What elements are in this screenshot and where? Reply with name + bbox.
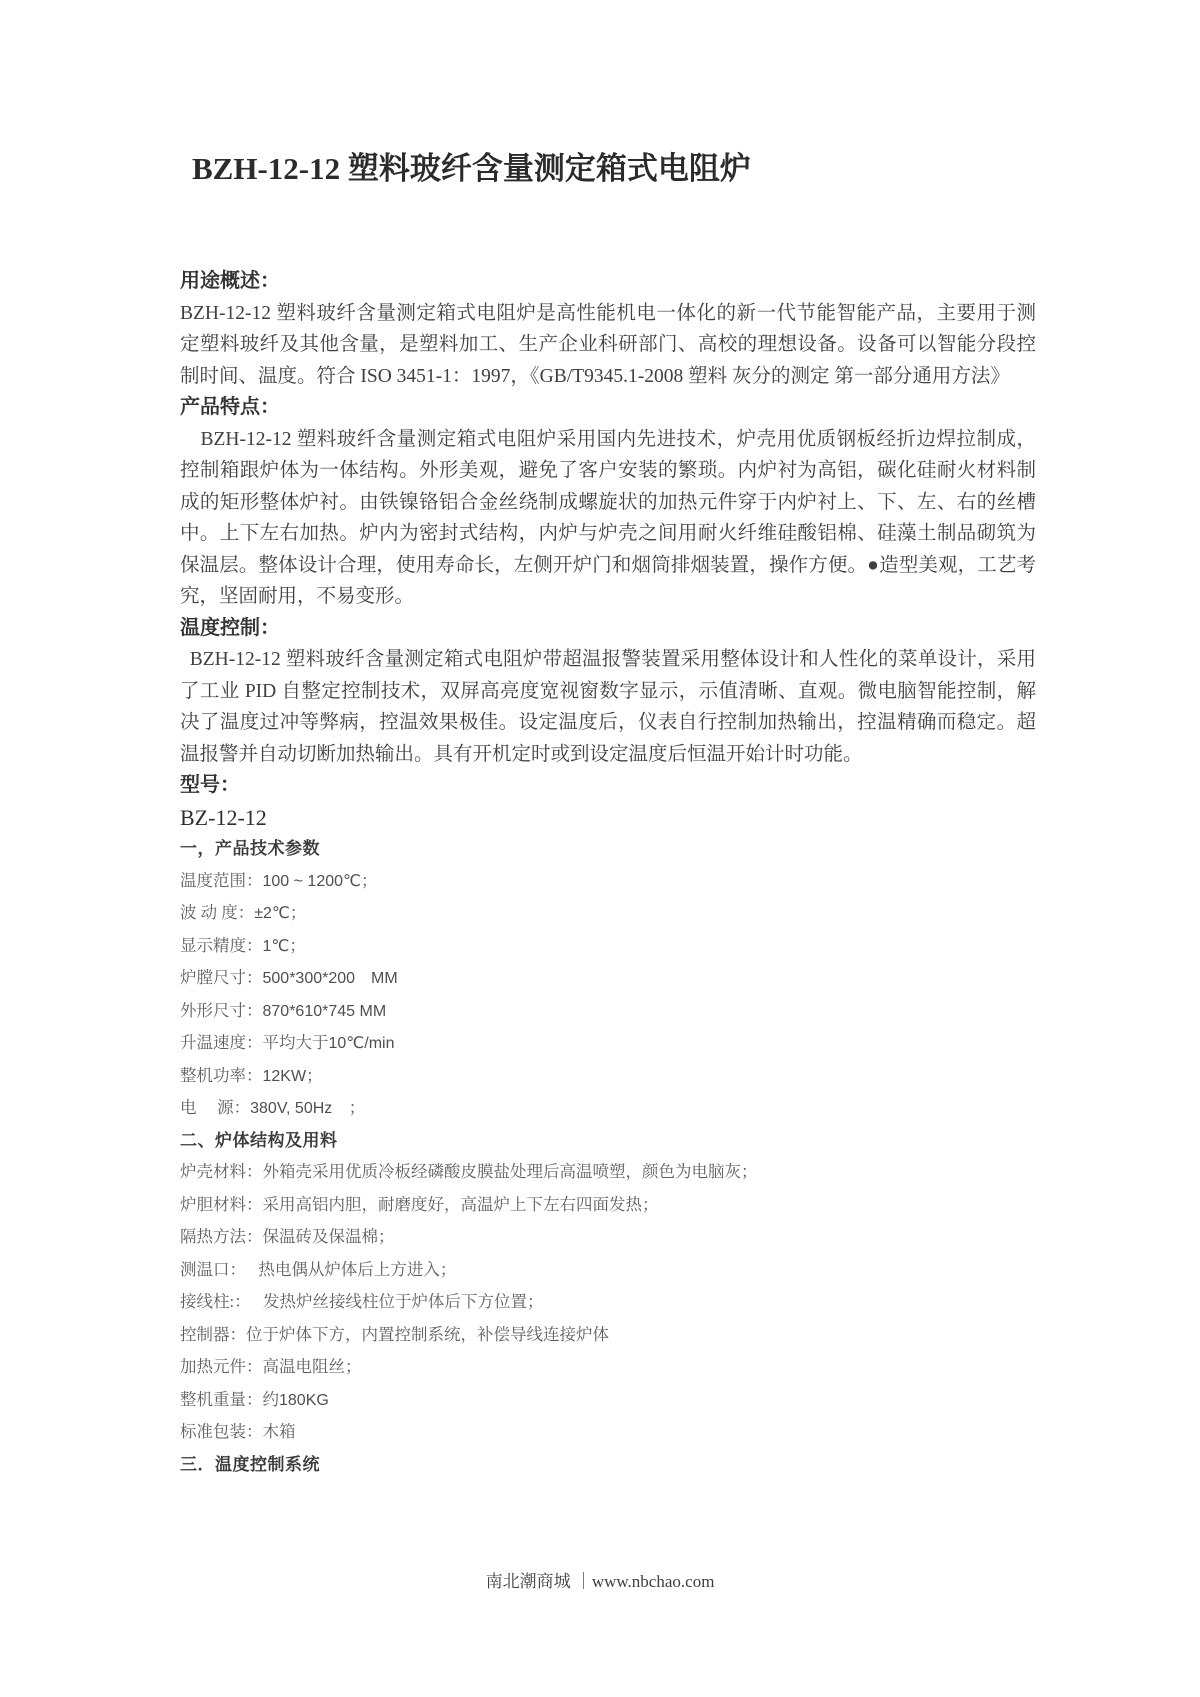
spec-row-power-supply: 电 源：380V, 50Hz ； [180,1092,1036,1125]
spec-row-terminal: 接线柱:： 发热炉丝接线柱位于炉体后下方位置； [180,1286,1036,1319]
subsection-heading-structure: 二、炉体结构及用料 [180,1125,1036,1157]
spec-label: 温度范围： [180,871,263,890]
document-page: BZH-12-12 塑料玻纤含量测定箱式电阻炉 用途概述： BZH-12-12 … [0,0,1200,1697]
spec-text: 高温电阻丝； [263,1357,362,1376]
spec-text: 约 [263,1390,280,1409]
spec-value: 870*610*745 MM [263,1003,387,1020]
subsection-heading-temp-system: 三．温度控制系统 [180,1449,1036,1481]
spec-text: 热电偶从炉体后上方进入； [238,1260,457,1279]
spec-label: 整机重量： [180,1390,263,1409]
spec-label: 炉胆材料： [180,1195,263,1214]
temp-control-paragraph: BZH-12-12 塑料玻纤含量测定箱式电阻炉带超温报警装置采用整体设计和人性化… [180,644,1036,770]
spec-row-temp-port: 测温口： 热电偶从炉体后上方进入； [180,1254,1036,1287]
spec-label: 电 源： [180,1098,250,1117]
spec-value: 100 ~ 1200℃ [263,873,362,890]
spec-row-heating-rate: 升温速度：平均大于10℃/min [180,1027,1036,1060]
spec-row-heating-element: 加热元件：高温电阻丝； [180,1351,1036,1384]
spec-value: 12KW [263,1068,307,1085]
spec-label: 加热元件： [180,1357,263,1376]
spec-label: 整机功率： [180,1066,263,1085]
spec-text: 发热炉丝接线柱位于炉体后下方位置； [242,1292,543,1311]
spec-label: 标准包装： [180,1422,263,1441]
footer-text: 南北潮商城 ｜www.nbchao.com [0,1566,1200,1598]
spec-text: 木箱 [263,1422,296,1441]
document-content: BZH-12-12 塑料玻纤含量测定箱式电阻炉 用途概述： BZH-12-12 … [180,0,1036,1480]
spec-row-display-precision: 显示精度：1℃； [180,930,1036,963]
spec-text: ； [289,936,306,955]
spec-text: 采用高铝内胆，耐磨度好，高温炉上下左右四面发热； [263,1195,659,1214]
spec-text: ； [306,1066,323,1085]
spec-label: 外形尺寸： [180,1001,263,1020]
spec-value: 180KG [279,1392,329,1409]
section-heading-usage: 用途概述： [180,266,1036,298]
features-paragraph: BZH-12-12 塑料玻纤含量测定箱式电阻炉采用国内先进技术，炉壳用优质钢板经… [180,424,1036,613]
spec-label: 升温速度： [180,1033,263,1052]
spec-row-controller: 控制器：位于炉体下方，内置控制系统，补偿导线连接炉体 [180,1319,1036,1352]
section-heading-features: 产品特点： [180,392,1036,424]
spec-text: ； [290,903,307,922]
spec-text: 保温砖及保温棉； [263,1227,395,1246]
section-heading-temp-control: 温度控制： [180,613,1036,645]
spec-text: 外箱壳采用优质冷板经磷酸皮膜盐处理后高温喷塑，颜色为电脑灰； [263,1162,758,1181]
section-heading-model: 型号： [180,770,1036,802]
spec-value: 10℃/min [329,1035,395,1052]
spec-label: 炉膛尺寸： [180,968,263,987]
spec-label: 隔热方法： [180,1227,263,1246]
spec-label: 控制器： [180,1325,246,1344]
usage-paragraph: BZH-12-12 塑料玻纤含量测定箱式电阻炉是高性能机电一体化的新一代节能智能… [180,298,1036,393]
spec-value: 500*300*200 MM [263,970,398,987]
spec-text: ； [332,1098,365,1117]
spec-text: 平均大于 [263,1033,329,1052]
spec-value: ±2℃ [254,905,290,922]
spec-row-fluctuation: 波 动 度：±2℃； [180,897,1036,930]
spec-row-shell-material: 炉壳材料：外箱壳采用优质冷板经磷酸皮膜盐处理后高温喷塑，颜色为电脑灰； [180,1156,1036,1189]
spec-label: 显示精度： [180,936,263,955]
subsection-heading-tech-params: 一，产品技术参数 [180,833,1036,865]
spec-text: 位于炉体下方，内置控制系统，补偿导线连接炉体 [246,1325,609,1344]
spec-row-outer-size: 外形尺寸：870*610*745 MM [180,995,1036,1028]
model-number: BZ-12-12 [180,802,1036,834]
spec-label: 测温口： [180,1260,238,1279]
spec-label: 接线柱:： [180,1292,242,1311]
document-title: BZH-12-12 塑料玻纤含量测定箱式电阻炉 [180,0,1036,190]
spec-label: 波 动 度： [180,903,254,922]
spec-label: 炉壳材料： [180,1162,263,1181]
spec-row-liner-material: 炉胆材料：采用高铝内胆，耐磨度好，高温炉上下左右四面发热； [180,1189,1036,1222]
spec-value: 1℃ [263,938,290,955]
spec-row-weight: 整机重量：约180KG [180,1384,1036,1417]
spec-row-temperature-range: 温度范围：100 ~ 1200℃； [180,865,1036,898]
spec-row-packaging: 标准包装：木箱 [180,1416,1036,1449]
spec-row-chamber-size: 炉膛尺寸：500*300*200 MM [180,962,1036,995]
spec-text: ； [361,871,378,890]
spec-row-insulation: 隔热方法：保温砖及保温棉； [180,1221,1036,1254]
spec-value: 380V, 50Hz [250,1100,332,1117]
spec-row-power: 整机功率：12KW； [180,1060,1036,1093]
